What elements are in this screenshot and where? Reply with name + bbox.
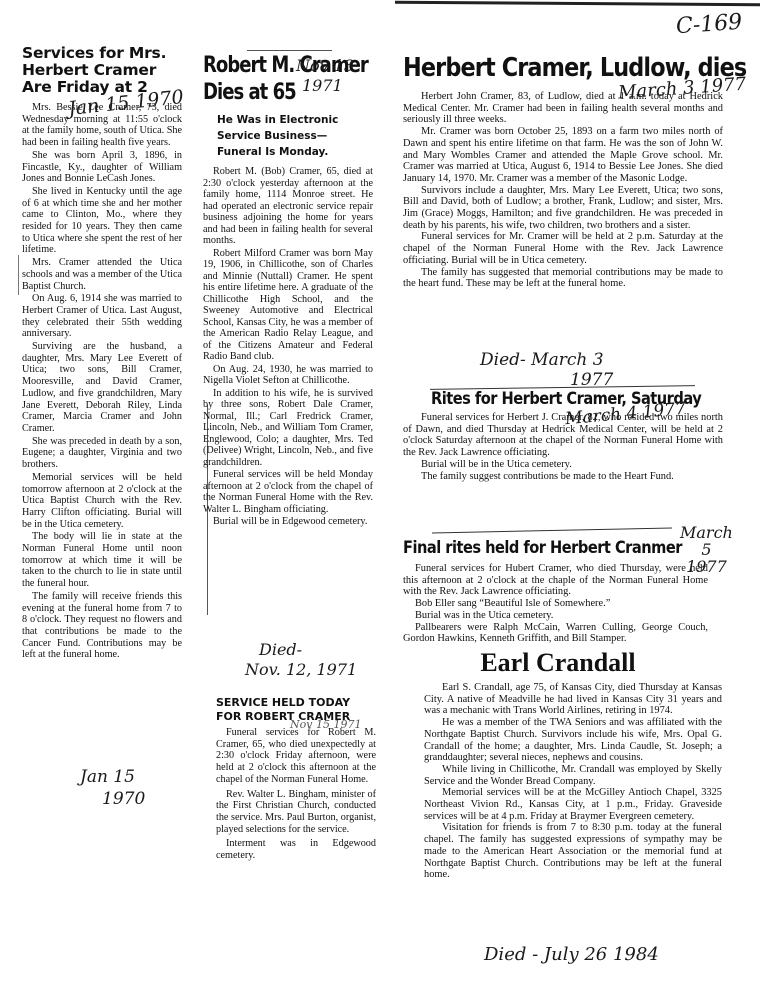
paragraph: Interment was in Edgewood cemetery. xyxy=(216,838,376,861)
handwritten-note: Died- Nov. 12, 1971 xyxy=(245,640,357,680)
paragraph: Mrs. Cramer attended the Utica schools a… xyxy=(22,257,182,292)
paragraph: Funeral services for Mr. Cramer will be … xyxy=(403,231,723,266)
paragraph: The family will receive friends this eve… xyxy=(22,591,182,661)
paragraph: Memorial services will be at the McGille… xyxy=(424,787,722,822)
paragraph: Robert Milford Cramer was born May 19, 1… xyxy=(203,248,373,363)
paragraph: Funeral services for Hubert Cramer, who … xyxy=(403,563,708,598)
handwritten-date-annotation: Nov 15 1971 xyxy=(290,718,361,731)
paragraph: Surviving are the husband, a daughter, M… xyxy=(22,341,182,435)
archive-code-annotation: C-169 xyxy=(675,10,743,40)
paragraph: Mr. Cramer was born October 25, 1893 on … xyxy=(403,126,723,185)
article-body: Herbert John Cramer, 83, of Ludlow, died… xyxy=(403,91,723,290)
article-subheadline: He Was in Electronic Service Business— F… xyxy=(217,112,373,160)
paragraph: She lived in Kentucky until the age of 6… xyxy=(22,186,182,256)
paragraph: Burial was in the Utica cemetery. xyxy=(403,610,708,622)
paragraph: On Aug. 6, 1914 she was married to Herbe… xyxy=(22,293,182,340)
handwritten-note: Jan 15 1970 xyxy=(80,766,145,810)
handwritten-note: Died- March 3 1977 xyxy=(480,350,613,390)
paragraph: He was a member of the TWA Seniors and w… xyxy=(424,717,722,764)
article-headline: Herbert Cramer, Ludlow, dies xyxy=(403,53,678,83)
paragraph: The body will lie in state at the Norman… xyxy=(22,531,182,590)
paragraph: Earl S. Crandall, age 75, of Kansas City… xyxy=(424,682,722,717)
article-headline: Earl Crandall xyxy=(424,648,722,678)
column-edge-line xyxy=(18,255,19,295)
paragraph: She was preceded in death by a son, Euge… xyxy=(22,436,182,471)
paragraph: Rev. Walter L. Bingham, minister of the … xyxy=(216,789,376,836)
article-robert-cramer: Robert M. Cramer Dies at 65 He Was in El… xyxy=(203,52,373,528)
paragraph: She was born April 3, 1896, in Fincastle… xyxy=(22,150,182,185)
handwritten-note: Died - July 26 1984 xyxy=(484,944,659,965)
article-body: Funeral services for Hubert Cramer, who … xyxy=(403,563,708,645)
paragraph: While living in Chillicothe, Mr. Crandal… xyxy=(424,764,722,787)
paragraph: In addition to his wife, he is survived … xyxy=(203,388,373,469)
article-body: Funeral services for Robert M. Cramer, 6… xyxy=(216,727,376,862)
top-clipping-edge xyxy=(395,1,760,7)
article-body: Robert M. (Bob) Cramer, 65, died at 2:30… xyxy=(203,166,373,528)
paragraph: Visitation for friends is from 7 to 8:30… xyxy=(424,822,722,881)
handwritten-date-annotation: March 5 1977 xyxy=(680,524,733,575)
divider-line xyxy=(432,527,672,533)
paragraph: Burial will be in Edgewood cemetery. xyxy=(203,516,373,528)
handwritten-date-annotation: Nov 13 1971 xyxy=(296,56,354,96)
article-body: Mrs. Bessie Lee Cramer, 73, died Wednesd… xyxy=(22,102,182,661)
paragraph: Funeral services will be held Monday aft… xyxy=(203,469,373,515)
article-body: Funeral services for Herbert J. Cramer, … xyxy=(403,412,723,482)
paragraph: Robert M. (Bob) Cramer, 65, died at 2:30… xyxy=(203,166,373,247)
article-earl-crandall: Earl Crandall Earl S. Crandall, age 75, … xyxy=(424,648,722,881)
paragraph: Bob Eller sang “Beautiful Isle of Somewh… xyxy=(403,598,708,610)
paragraph: The family has suggested that memorial c… xyxy=(403,267,723,290)
paragraph: On Aug. 24, 1930, he was married to Nige… xyxy=(203,364,373,387)
divider-line xyxy=(247,50,332,51)
article-bessie-cramer: Services for Mrs. Herbert Cramer Are Fri… xyxy=(22,45,182,661)
paragraph: Memorial services will be held tomorrow … xyxy=(22,472,182,531)
article-body: Earl S. Crandall, age 75, of Kansas City… xyxy=(424,682,722,881)
paragraph: Burial will be in the Utica cemetery. xyxy=(403,459,723,471)
paragraph: The family suggest contributions be made… xyxy=(403,471,723,483)
paragraph: Survivors include a daughter, Mrs. Mary … xyxy=(403,185,723,232)
article-headline: Final rites held for Herbert Cranmer xyxy=(403,537,665,559)
article-herbert-final-rites: Final rites held for Herbert Cranmer Fun… xyxy=(403,537,708,645)
paragraph: Pallbearers were Ralph McCain, Warren Cu… xyxy=(403,622,708,645)
paragraph: Funeral services for Robert M. Cramer, 6… xyxy=(216,727,376,786)
